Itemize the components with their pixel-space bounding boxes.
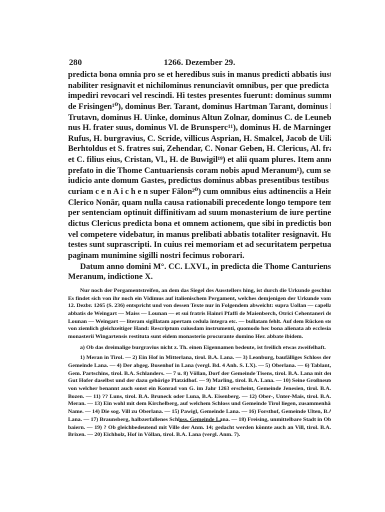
footnote-line: Gemeinde Lana. — 4) Der abgeg. Busenhof … (68, 363, 331, 371)
footnote-line: Gem. Partschins, tirol. B.A. Schlanders.… (68, 371, 331, 379)
text-line: et C. filius eius, Cristan, Vl., H. de B… (68, 155, 331, 166)
charter-text: predicta bona omnia pro se et heredibus … (68, 70, 331, 283)
notes-section: Nur noch der Pergamentstreifen, an dem d… (68, 288, 331, 440)
footnote-line: Gut Hofer daselbst und der dazu gehörige… (68, 378, 331, 386)
document-page: 280 1266. Dezember 29. predicta bona omn… (68, 56, 331, 440)
text-line: Clerico Nonār, quam nulla causa rationab… (68, 198, 331, 209)
footnote-line: Bozen. — 11) ?? Luns, tirol. B.A. Brunec… (68, 394, 331, 402)
footnote-line: Brixen. — 20) Eichholz, Hof in Völlan, t… (68, 432, 331, 440)
text-line: prefato in die Thome Cantuariensis coram… (68, 166, 331, 177)
note-line: monasterii Wingartensis restituta sunt e… (68, 334, 331, 342)
text-line: impediri revocari vel rescindi. Hi teste… (68, 91, 331, 102)
footnote-line: baiern. — 19) ? Ob gleichbedeutend mit V… (68, 425, 331, 433)
footnote-line: Meran. — 13) Ein wohl mit dem Kirchelber… (68, 401, 331, 409)
text-line: per sentenciam optinuit diffinitivam ad … (68, 208, 331, 219)
note-line: 12. Dezbr. 1265 (S. 236) entspricht und … (68, 303, 331, 311)
footnote-line: 1) Meran in Tirol. — 2) Ein Hof in Mitte… (68, 355, 331, 363)
text-line: dictus Clericus predicta bona et omnem a… (68, 219, 331, 230)
text-line: nabiliter resignavit et nichilominus ren… (68, 81, 331, 92)
dating-clause: Datum anno domini M°. CC. LXVI., in pred… (68, 262, 331, 273)
footnotes: 1) Meran in Tirol. — 2) Ein Hof in Mitte… (68, 355, 331, 440)
note-line: abbatis de Weingart — Maiss — Lounan — e… (68, 311, 331, 319)
text-line: paginam munimine sigilli nostri fecimus … (68, 251, 331, 262)
note-line: Es findet sich von ihr noch ein Vidimus … (68, 296, 331, 304)
footnote-line: Name. — 14) Die sog. Vill zu Oberlana. —… (68, 409, 331, 417)
text-line: Berhtoldus et S. fratres sui, Zehendar, … (68, 144, 331, 155)
dating-clause-end: Meranum, indictione X. (68, 272, 331, 283)
text-line: vel competere videbatur, in manus prelib… (68, 230, 331, 241)
text-line: Trutavn, dominus H. Uinke, dominus Altun… (68, 113, 331, 124)
editorial-note: Nur noch der Pergamentstreifen, an dem d… (68, 288, 331, 342)
page-header: 280 1266. Dezember 29. (68, 56, 331, 68)
text-line: Rufus, H. burgravius, C. Scride, villicu… (68, 134, 331, 145)
note-line: Nur noch der Pergamentstreifen, an dem d… (68, 288, 331, 296)
text-line: curiam c e n A i c h e n super Fālon²⁰) … (68, 187, 331, 198)
text-line: iudicio ante domum Gastes, predictus dom… (68, 176, 331, 187)
footnote-a: a) Ob das dreimalige burgravius nicht z.… (68, 345, 331, 353)
text-line: de Frisingen¹⁰), dominus Ber. Tarant, do… (68, 102, 331, 113)
note-line: Lounan — Weingart — literam sigillatam a… (68, 319, 331, 327)
text-line: testes sunt suprascripti. In cuius rei m… (68, 240, 331, 251)
end-rule (179, 421, 221, 422)
running-title: 1266. Dezember 29. (68, 56, 331, 68)
note-line: von ziemlich gleichzeitiger Hand: Rescri… (68, 326, 331, 334)
text-line: nus H. frater suus, dominus Vl. de Bruns… (68, 123, 331, 134)
text-line: predicta bona omnia pro se et heredibus … (68, 70, 331, 81)
footnote-line: von welcher benannt auch sonst ein Konra… (68, 386, 331, 394)
